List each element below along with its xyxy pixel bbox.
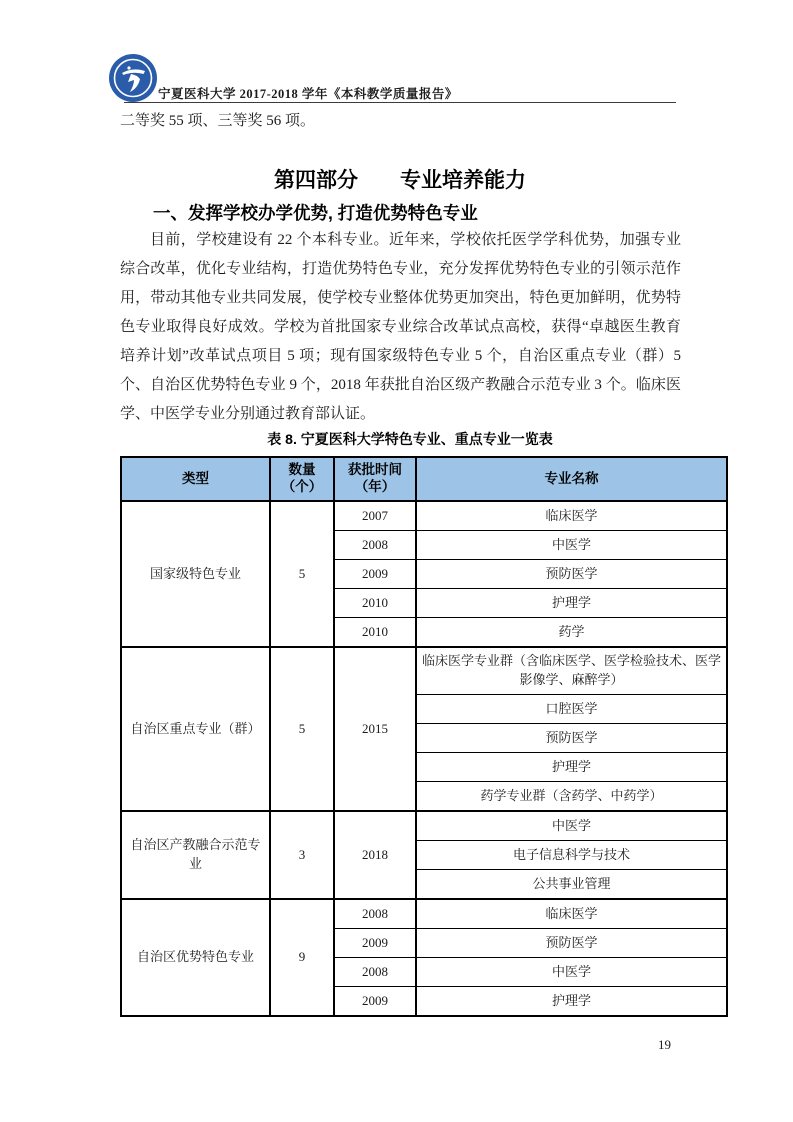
cell-major-name: 临床医学 (416, 501, 727, 531)
cell-year: 2008 (334, 531, 416, 560)
feature-majors-table: 类型 数量（个） 获批时间（年） 专业名称 国家级特色专业 5 2007 临床医… (120, 456, 728, 1017)
cell-major-name: 电子信息科学与技术 (416, 841, 727, 870)
cell-major-name: 护理学 (416, 753, 727, 782)
col-header-major: 专业名称 (416, 457, 727, 501)
cell-type: 自治区优势特色专业 (121, 899, 270, 1016)
report-header-title: 宁夏医科大学 2017-2018 学年《本科教学质量报告》 (158, 84, 458, 102)
cell-year: 2009 (334, 929, 416, 958)
header-rule (124, 102, 676, 103)
cell-count: 5 (270, 501, 334, 647)
cell-major-name: 临床医学 (416, 899, 727, 929)
cell-type: 自治区产教融合示范专业 (121, 811, 270, 899)
cell-major-name: 药学专业群（含药学、中药学） (416, 782, 727, 812)
cell-major-name: 预防医学 (416, 929, 727, 958)
table-row: 自治区产教融合示范专业 3 2018 中医学 (121, 811, 727, 841)
col-header-sub: （个） (275, 479, 329, 496)
cell-major-name: 护理学 (416, 987, 727, 1017)
cell-year: 2009 (334, 560, 416, 589)
cell-count: 3 (270, 811, 334, 899)
section-title: 第四部分 专业培养能力 (120, 164, 680, 194)
table-caption: 表 8. 宁夏医科大学特色专业、重点专业一览表 (120, 429, 700, 449)
cell-major-name: 中医学 (416, 958, 727, 987)
cell-year: 2008 (334, 958, 416, 987)
table-row: 自治区重点专业（群） 5 2015 临床医学专业群（含临床医学、医学检验技术、医… (121, 647, 727, 695)
university-logo-icon (108, 53, 158, 103)
cell-major-name: 中医学 (416, 531, 727, 560)
col-header-label: 专业名称 (421, 471, 722, 488)
cell-major-name: 中医学 (416, 811, 727, 841)
cell-count: 5 (270, 647, 334, 811)
col-header-type: 类型 (121, 457, 270, 501)
table-row: 自治区优势特色专业 9 2008 临床医学 (121, 899, 727, 929)
cell-major-name: 口腔医学 (416, 695, 727, 724)
cell-year: 2010 (334, 589, 416, 618)
table-header-row: 类型 数量（个） 获批时间（年） 专业名称 (121, 457, 727, 501)
cell-major-name: 临床医学专业群（含临床医学、医学检验技术、医学影像学、麻醉学） (416, 647, 727, 695)
cell-year: 2018 (334, 811, 416, 899)
col-header-year: 获批时间（年） (334, 457, 416, 501)
cell-type: 自治区重点专业（群） (121, 647, 270, 811)
cell-year: 2009 (334, 987, 416, 1017)
cell-major-name: 公共事业管理 (416, 870, 727, 900)
col-header-sub: （年） (339, 479, 411, 496)
subsection-title: 一、发挥学校办学优势, 打造优势特色专业 (153, 200, 713, 225)
cell-year: 2007 (334, 501, 416, 531)
table-row: 国家级特色专业 5 2007 临床医学 (121, 501, 727, 531)
col-header-label: 获批时间 (339, 462, 411, 479)
col-header-count: 数量（个） (270, 457, 334, 501)
cell-year: 2008 (334, 899, 416, 929)
col-header-label: 类型 (126, 471, 265, 488)
report-page: 宁夏医科大学 2017-2018 学年《本科教学质量报告》 二等奖 55 项、三… (0, 0, 793, 1122)
cell-major-name: 预防医学 (416, 560, 727, 589)
cell-major-name: 预防医学 (416, 724, 727, 753)
cell-year: 2010 (334, 618, 416, 648)
cell-major-name: 药学 (416, 618, 727, 648)
cell-year: 2015 (334, 647, 416, 811)
carryover-text: 二等奖 55 项、三等奖 56 项。 (120, 107, 680, 136)
body-paragraph: 目前，学校建设有 22 个本科专业。近年来，学校依托医学学科优势，加强专业综合改… (120, 226, 681, 429)
cell-type: 国家级特色专业 (121, 501, 270, 647)
col-header-label: 数量 (275, 462, 329, 479)
cell-major-name: 护理学 (416, 589, 727, 618)
cell-count: 9 (270, 899, 334, 1016)
page-number: 19 (658, 1037, 671, 1053)
